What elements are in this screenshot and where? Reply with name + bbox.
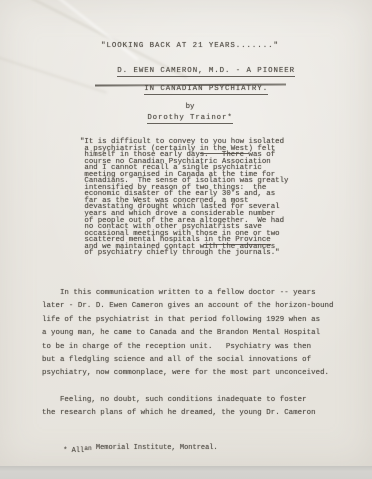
body-paragraph-1: In this communication written to a fello…: [42, 287, 346, 381]
scanned-document-frame: "LOOKING BACK AT 21 YEARS......." D. EWE…: [0, 0, 372, 479]
document-title: "LOOKING BACK AT 21 YEARS.......": [8, 42, 372, 50]
footnote: * Allan Memorial Institute, Montreal.: [38, 436, 218, 460]
byline-label: by: [8, 103, 372, 111]
footnote-asterisk: * All: [63, 447, 84, 455]
scan-background: [0, 466, 372, 479]
subtitle-line-2: IN CANADIAN PSYCHIATRY.: [144, 85, 268, 95]
subtitle-line-1: D. EWEN CAMERON, M.D. - A PIONEER: [117, 67, 295, 77]
footnote-text: Memorial Institute, Montreal.: [92, 444, 218, 452]
author-line: Dorothy Trainor*: [8, 114, 372, 124]
author-name: Dorothy Trainor*: [147, 114, 232, 124]
paper-sheet: "LOOKING BACK AT 21 YEARS......." D. EWE…: [0, 0, 372, 466]
body-paragraph-2: Feeling, no doubt, such conditions inade…: [42, 394, 346, 421]
footnote-raised-text: an: [84, 445, 91, 452]
document-subtitle: D. EWEN CAMERON, M.D. - A PIONEER IN CAN…: [8, 58, 372, 104]
paper-crease: [0, 0, 138, 60]
block-quote: "It is difficult to convey to you how is…: [80, 139, 302, 257]
